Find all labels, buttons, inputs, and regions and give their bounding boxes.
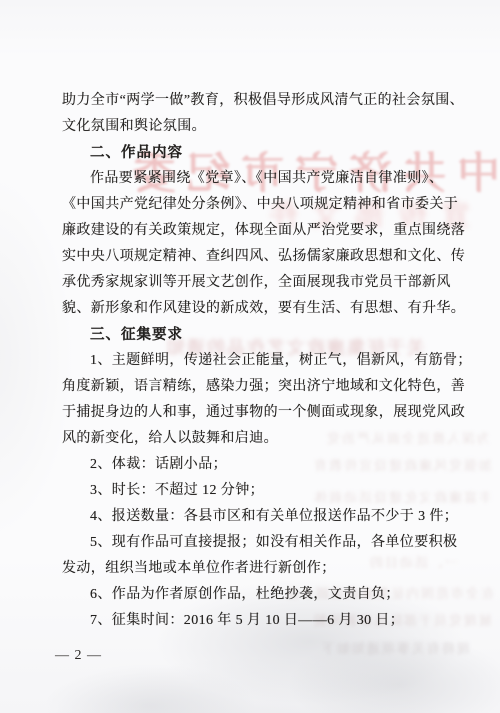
- scanned-document-page: 中共济宁市纪委 宣传部文件 关于征集廉政文艺作品的通知 为深入推进全面从严治党 …: [0, 0, 500, 713]
- doc-line-item-5: 5、现有作品可直接提报；如没有相关作品，各单位要积极: [62, 530, 474, 556]
- doc-line: 风的新变化，给人以鼓舞和启迪。: [62, 426, 474, 452]
- doc-line-item-6: 6、作品为作者原创作品，杜绝抄袭，文责自负；: [62, 582, 474, 608]
- doc-line: 承优秀家规家训等开展文艺创作，全面展现我市党员干部新风: [62, 270, 474, 296]
- doc-line: 作品要紧紧围绕《党章》、《中国共产党廉洁自律准则》、: [62, 166, 474, 192]
- doc-line: 于捕捉身边的人和事，通过事物的一个侧面或现象，展现党风政: [62, 400, 474, 426]
- doc-line: 助力全市“两学一做”教育，积极倡导形成风清气正的社会氛围、: [62, 88, 474, 114]
- page-number: — 2 —: [55, 646, 102, 666]
- doc-line-item-4: 4、报送数量：各县市区和有关单位报送作品不少于 3 件；: [62, 504, 474, 530]
- doc-line: 廉政建设的有关政策规定，体现全面从严治党要求，重点围绕落: [62, 218, 474, 244]
- document-body: 助力全市“两学一做”教育，积极倡导形成风清气正的社会氛围、 文化氛围和舆论氛围。…: [62, 88, 474, 634]
- bleedthrough-fragment: 现将有关事项通知如下: [320, 638, 470, 657]
- doc-line: 发动，组织当地或本单位作者进行新创作；: [62, 556, 474, 582]
- doc-line: 角度新颖，语言精练，感染力强；突出济宁地域和文化特色，善: [62, 374, 474, 400]
- doc-line: 貌、新形象和作风建设的新成效，要有生活、有思想、有升华。: [62, 296, 474, 322]
- doc-line: 文化氛围和舆论氛围。: [62, 114, 474, 140]
- doc-line: 实中央八项规定精神、查纠四风、弘扬儒家廉政思想和文化、传: [62, 244, 474, 270]
- section-heading-2: 二、作品内容: [62, 140, 474, 166]
- doc-line-item-1: 1、主题鲜明，传递社会正能量，树正气，倡新风，有筋骨；: [62, 348, 474, 374]
- doc-line: 《中国共产党纪律处分条例》、中央八项规定精神和省市委关于: [62, 192, 474, 218]
- section-heading-3: 三、征集要求: [62, 322, 474, 348]
- doc-line-item-7: 7、征集时间：2016 年 5 月 10 日——6 月 30 日；: [62, 608, 474, 634]
- doc-line-item-2: 2、体裁：话剧小品；: [62, 452, 474, 478]
- doc-line-item-3: 3、时长：不超过 12 分钟；: [62, 478, 474, 504]
